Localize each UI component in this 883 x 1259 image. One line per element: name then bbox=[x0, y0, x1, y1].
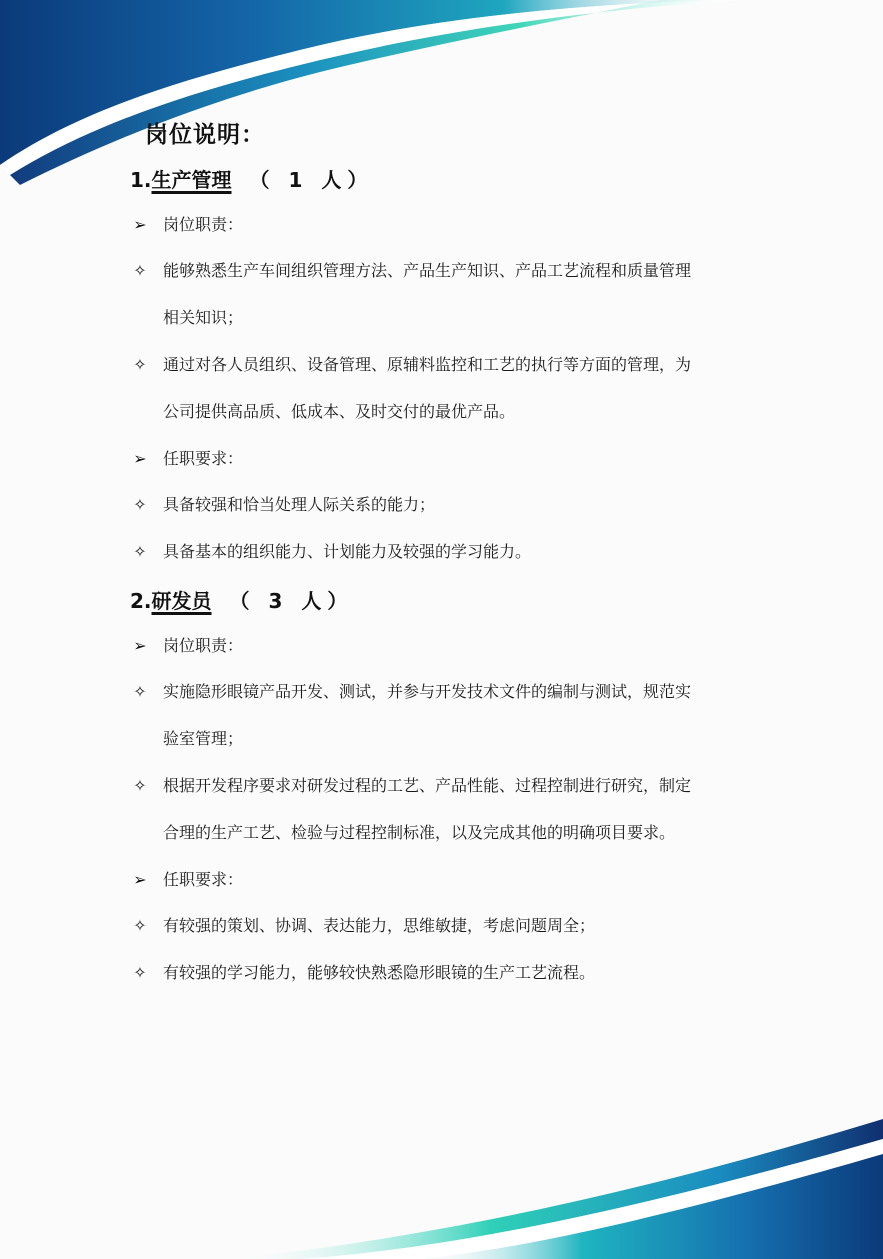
diamond-bullet-icon: ✧ bbox=[130, 481, 150, 528]
arrow-bullet-icon: ➢ bbox=[130, 856, 150, 903]
requirement-text: 具备基本的组织能力、计划能力及较强的学习能力。 bbox=[163, 528, 531, 575]
requirement-text: 有较强的策划、协调、表达能力，思维敏捷，考虑问题周全； bbox=[163, 902, 595, 949]
headcount: （ 3 人） bbox=[230, 589, 354, 613]
section-heading-rd-staff: 2.研发员（ 3 人） bbox=[130, 585, 353, 614]
duty-text: 通过对各人员组织、设备管理、原辅料监控和工艺的执行等方面的管理，为 bbox=[163, 341, 691, 388]
diamond-bullet-icon: ✧ bbox=[130, 668, 150, 715]
section-number: 1. bbox=[130, 168, 152, 192]
requirement-text: 有较强的学习能力，能够较快熟悉隐形眼镜的生产工艺流程。 bbox=[163, 949, 595, 996]
section-heading-production-manager: 1.生产管理（ 1 人） bbox=[130, 164, 373, 193]
duty-text-continued: 合理的生产工艺、检验与过程控制标准，以及完成其他的明确项目要求。 bbox=[163, 809, 675, 856]
requirements-label: 任职要求： bbox=[163, 856, 243, 903]
duty-text-continued: 公司提供高品质、低成本、及时交付的最优产品。 bbox=[163, 388, 515, 435]
section-name: 研发员 bbox=[152, 589, 222, 613]
diamond-bullet-icon: ✧ bbox=[130, 341, 150, 388]
arrow-bullet-icon: ➢ bbox=[130, 201, 150, 248]
duties-label: 岗位职责： bbox=[163, 622, 243, 669]
diamond-bullet-icon: ✧ bbox=[130, 247, 150, 294]
duties-label: 岗位职责： bbox=[163, 201, 243, 248]
diamond-bullet-icon: ✧ bbox=[130, 528, 150, 575]
duty-text: 根据开发程序要求对研发过程的工艺、产品性能、过程控制进行研究，制定 bbox=[163, 762, 691, 809]
arrow-bullet-icon: ➢ bbox=[130, 622, 150, 669]
duty-text-continued: 验室管理； bbox=[163, 715, 243, 762]
arrow-bullet-icon: ➢ bbox=[130, 435, 150, 482]
requirements-label: 任职要求： bbox=[163, 435, 243, 482]
diamond-bullet-icon: ✧ bbox=[130, 762, 150, 809]
footer-swoosh-decoration bbox=[0, 1079, 883, 1259]
requirement-text: 具备较强和恰当处理人际关系的能力； bbox=[163, 481, 435, 528]
duty-text: 能够熟悉生产车间组织管理方法、产品生产知识、产品工艺流程和质量管理 bbox=[163, 247, 691, 294]
section-number: 2. bbox=[130, 589, 152, 613]
diamond-bullet-icon: ✧ bbox=[130, 902, 150, 949]
section-name: 生产管理 bbox=[152, 168, 242, 192]
diamond-bullet-icon: ✧ bbox=[130, 949, 150, 996]
duty-text-continued: 相关知识； bbox=[163, 294, 243, 341]
headcount: （ 1 人） bbox=[250, 168, 374, 192]
document-title: 岗位说明： bbox=[145, 116, 265, 149]
duty-text: 实施隐形眼镜产品开发、测试，并参与开发技术文件的编制与测试，规范实 bbox=[163, 668, 691, 715]
